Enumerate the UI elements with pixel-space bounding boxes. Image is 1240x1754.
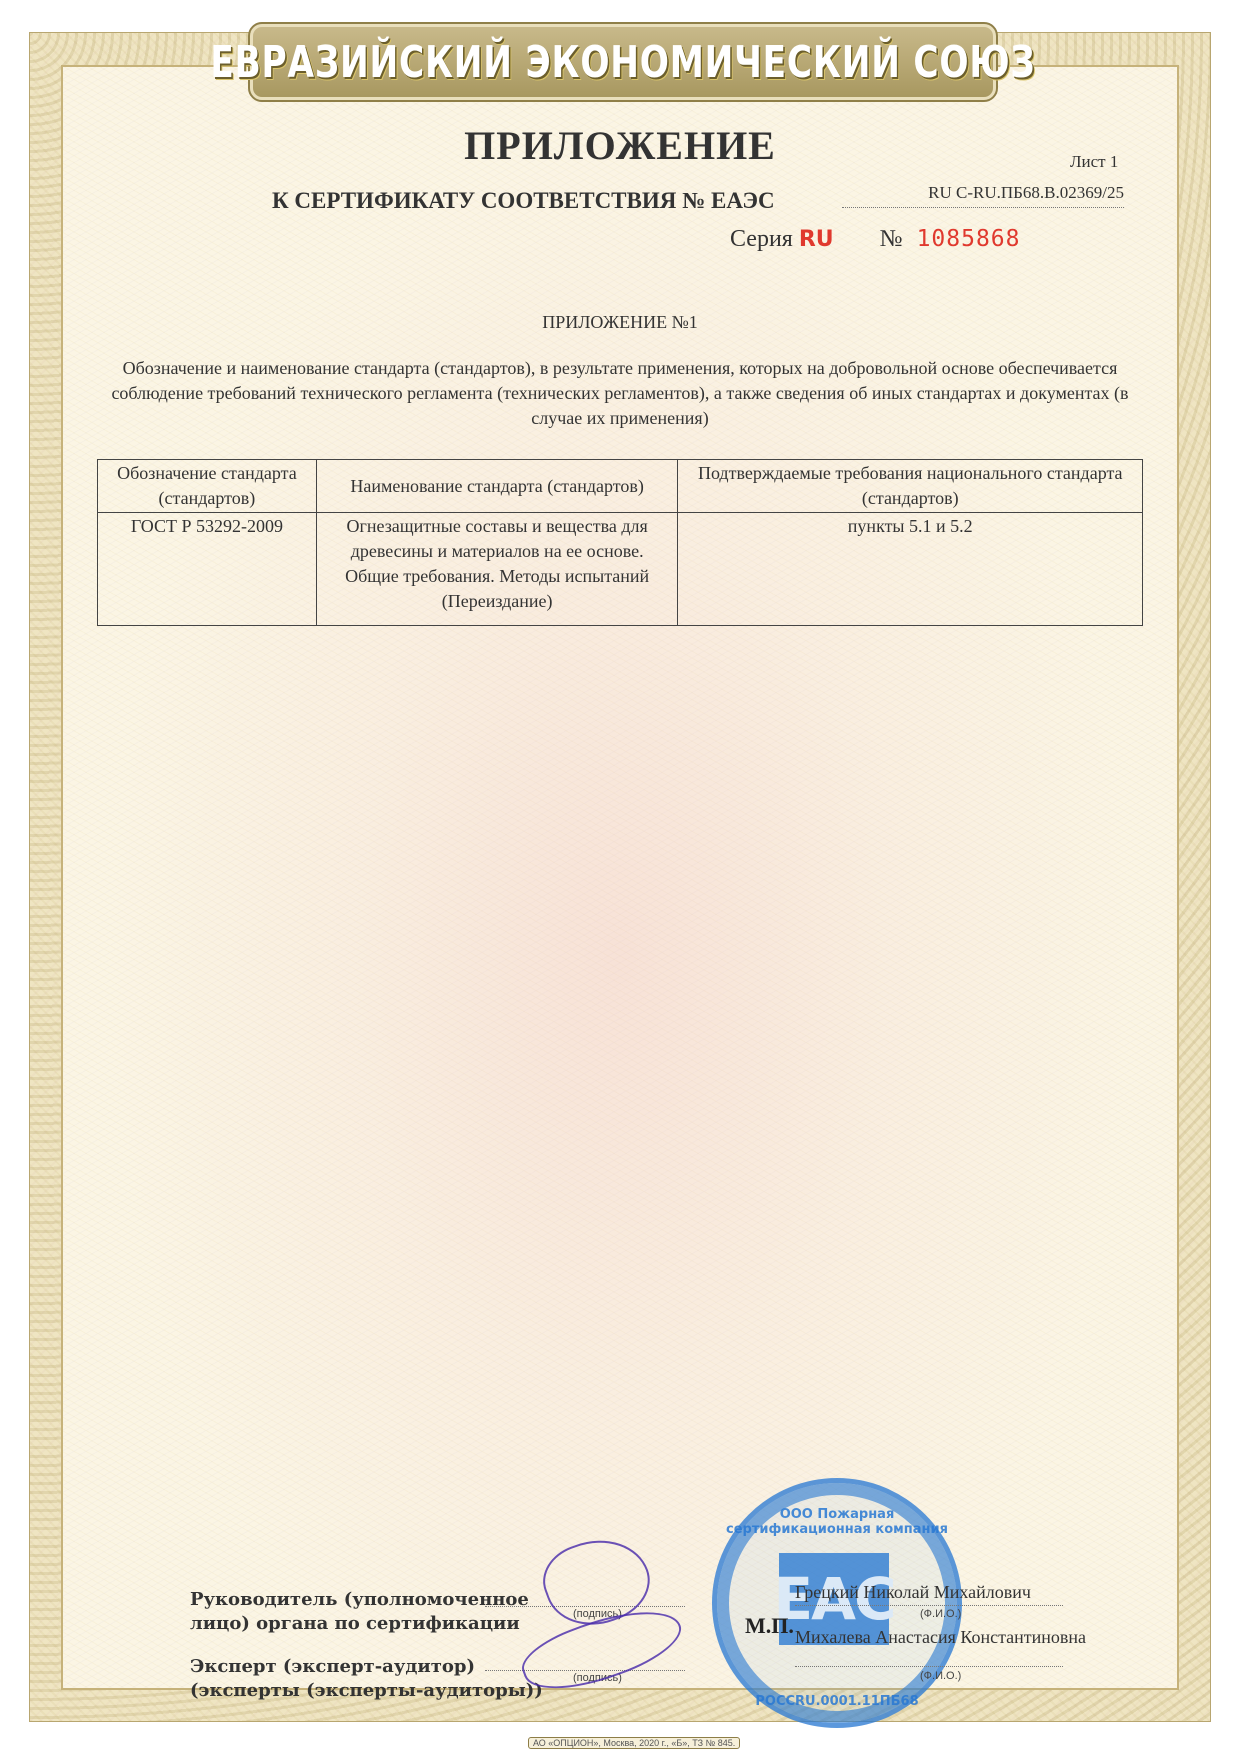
head-label: Руководитель (уполномоченное лицо) орган… [190,1588,529,1636]
expert-label: Эксперт (эксперт-аудитор) (эксперты (экс… [190,1655,543,1703]
cell-requirements: пункты 5.1 и 5.2 [678,513,1143,626]
expert-name: Михалева Анастасия Константиновна [795,1627,1086,1648]
series-line: Серия RU № 1085868 [730,226,1021,253]
table-row: ГОСТ Р 53292-2009 Огнезащитные составы и… [98,513,1143,626]
head-label-line2: лицо) органа по сертификации [190,1612,529,1636]
table-header-row: Обозначение стандарта (стандартов) Наиме… [98,460,1143,513]
head-fio-caption: (Ф.И.О.) [920,1608,961,1620]
security-background [61,65,1179,1690]
seal-label: М.П. [745,1613,794,1639]
sheet-number: Лист 1 [1070,152,1118,172]
expert-fio-caption: (Ф.И.О.) [920,1670,961,1682]
header-name: Наименование стандарта (стандартов) [316,460,678,513]
series-value: RU [799,227,834,252]
head-name-line [795,1605,1063,1606]
number-label: № [880,226,903,252]
header-requirements: Подтверждаемые требования национального … [678,460,1143,513]
page-title: ПРИЛОЖЕНИЕ [0,122,1240,169]
stamp-top-text: ООО Пожарная сертификационная компания [717,1507,957,1537]
standards-table: Обозначение стандарта (стандартов) Наиме… [97,459,1143,626]
expert-label-line1: Эксперт (эксперт-аудитор) [190,1655,543,1679]
blank-number: 1085868 [917,226,1021,252]
annex-title: ПРИЛОЖЕНИЕ №1 [0,312,1240,333]
printer-imprint: АО «ОПЦИОН», Москва, 2020 г., «Б», ТЗ № … [528,1737,740,1749]
head-name: Грецкий Николай Михайлович [795,1582,1031,1603]
expert-label-line2: (эксперты (эксперты-аудиторы)) [190,1679,543,1703]
cell-name: Огнезащитные составы и вещества для древ… [316,513,678,626]
seal-stamp: ООО Пожарная сертификационная компания Е… [712,1478,962,1728]
union-banner-text: ЕВРАЗИЙСКИЙ ЭКОНОМИЧЕСКИЙ СОЮЗ [210,37,1035,88]
certificate-number: RU C-RU.ПБ68.В.02369/25 [842,183,1124,208]
union-banner: ЕВРАЗИЙСКИЙ ЭКОНОМИЧЕСКИЙ СОЮЗ [250,24,996,100]
header-designation: Обозначение стандарта (стандартов) [98,460,317,513]
expert-name-line [795,1666,1063,1667]
certificate-label: К СЕРТИФИКАТУ СООТВЕТСТВИЯ № ЕАЭС [272,188,775,214]
annex-intro: Обозначение и наименование стандарта (ст… [100,356,1140,431]
series-label: Серия [730,226,793,252]
head-label-line1: Руководитель (уполномоченное [190,1588,529,1612]
stamp-bottom-text: РОССRU.0001.11ПБ68 [717,1694,957,1709]
certificate-sheet [29,32,1211,1722]
cell-designation: ГОСТ Р 53292-2009 [98,513,317,626]
